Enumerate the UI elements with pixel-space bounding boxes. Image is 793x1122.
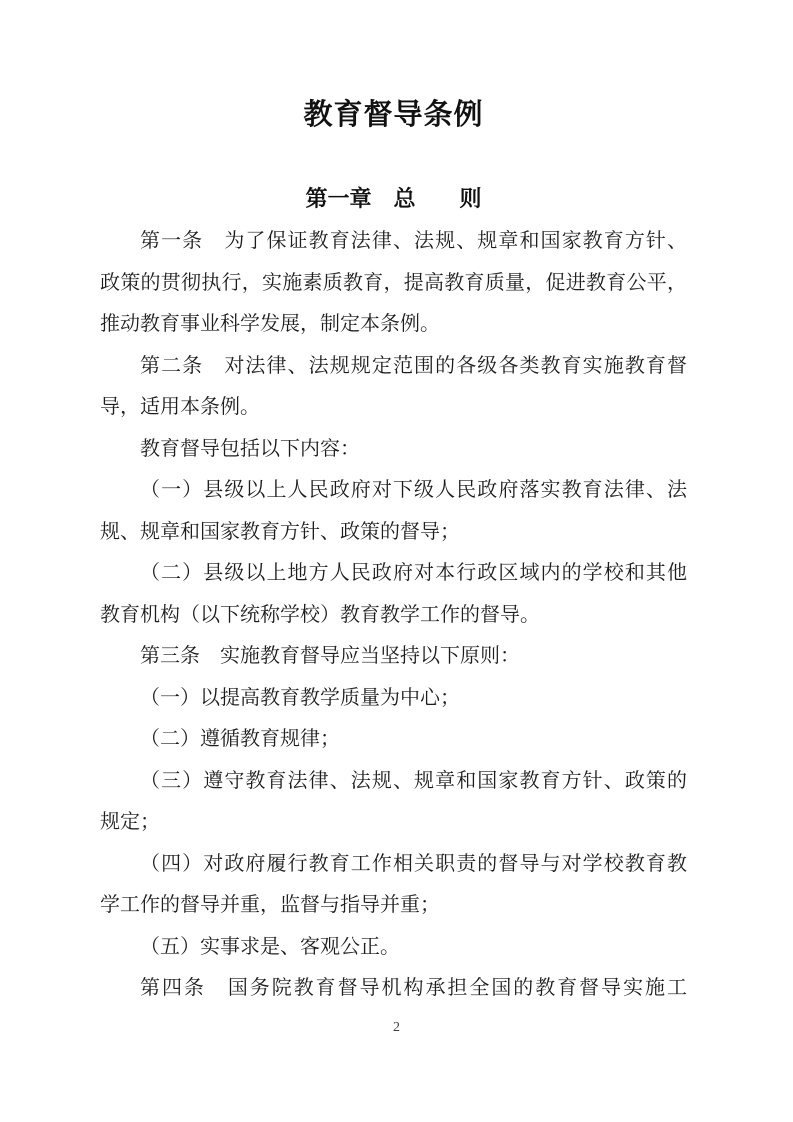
body-line: （四）对政府履行教育工作相关职责的督导与对学校教育教 xyxy=(100,844,687,886)
page-footer: 2 xyxy=(0,1018,793,1037)
body-line: 推动教育事业科学发展，制定本条例。 xyxy=(100,304,687,346)
document-body: 第一条 为了保证教育法律、法规、规章和国家教育方针、政策的贯彻执行，实施素质教育… xyxy=(100,221,687,1010)
body-line: 规、规章和国家教育方针、政策的督导； xyxy=(100,512,687,554)
body-line: 教育机构（以下统称学校）教育教学工作的督导。 xyxy=(100,595,687,637)
body-line: 学工作的督导并重，监督与指导并重； xyxy=(100,885,687,927)
body-line: 第二条 对法律、法规规定范围的各级各类教育实施教育督 xyxy=(100,346,687,388)
body-line: （三）遵守教育法律、法规、规章和国家教育方针、政策的 xyxy=(100,761,687,803)
body-line: 第一条 为了保证教育法律、法规、规章和国家教育方针、 xyxy=(100,221,687,263)
body-line: （五）实事求是、客观公正。 xyxy=(100,927,687,969)
document-page: 教育督导条例 第一章 总 则 第一条 为了保证教育法律、法规、规章和国家教育方针… xyxy=(0,0,793,1122)
body-line: （二）遵循教育规律； xyxy=(100,719,687,761)
chapter-heading: 第一章 总 则 xyxy=(100,185,687,212)
page-number: 2 xyxy=(393,1020,400,1035)
body-line: （二）县级以上地方人民政府对本行政区域内的学校和其他 xyxy=(100,553,687,595)
body-line: （一）县级以上人民政府对下级人民政府落实教育法律、法 xyxy=(100,470,687,512)
body-line: （一）以提高教育教学质量为中心； xyxy=(100,678,687,720)
document-title: 教育督导条例 xyxy=(100,97,687,133)
body-line: 第三条 实施教育督导应当坚持以下原则： xyxy=(100,636,687,678)
body-line: 规定； xyxy=(100,802,687,844)
body-line: 教育督导包括以下内容： xyxy=(100,429,687,471)
body-line: 导，适用本条例。 xyxy=(100,387,687,429)
body-line: 政策的贯彻执行，实施素质教育，提高教育质量，促进教育公平， xyxy=(100,263,687,305)
body-line: 第四条 国务院教育督导机构承担全国的教育督导实施工 xyxy=(100,968,687,1010)
